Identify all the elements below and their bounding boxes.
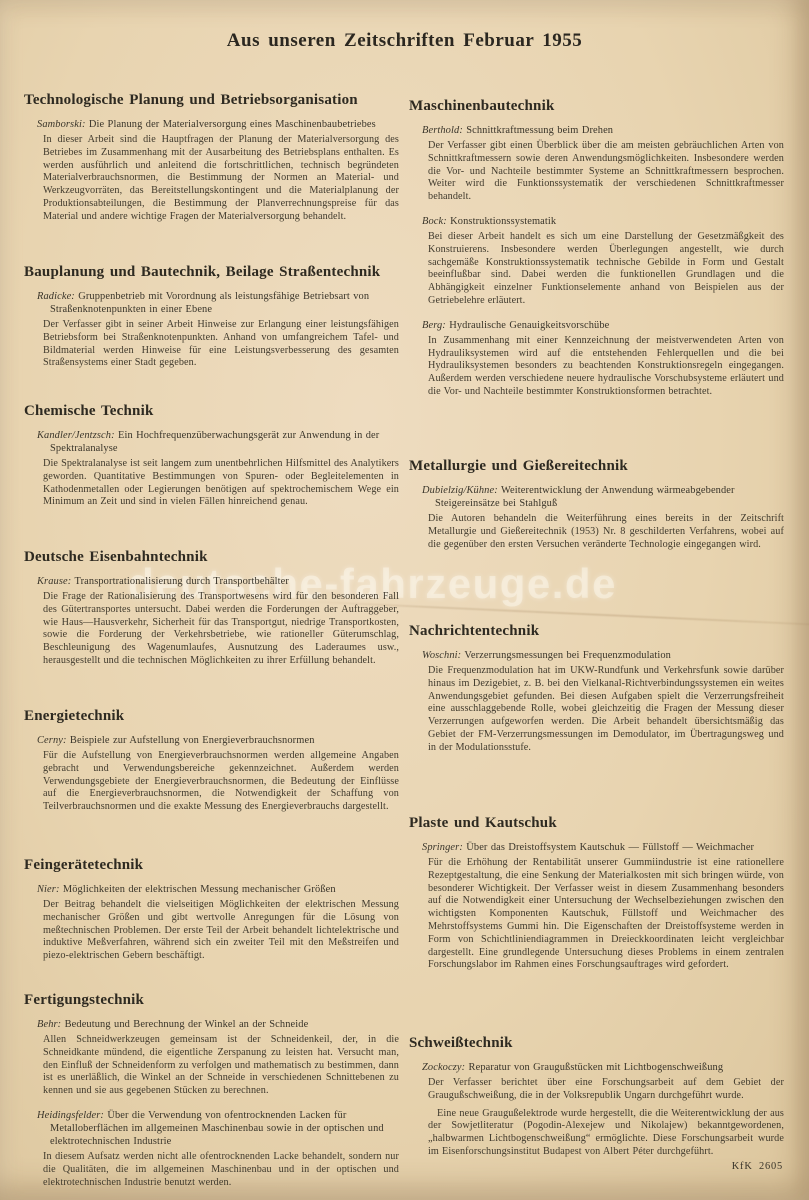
section: Deutsche EisenbahntechnikKrause: Transpo… [24, 549, 399, 668]
column-left: Technologische Planung und Betriebsorgan… [24, 0, 399, 1200]
entry-title: Konstruktionssystematik [450, 216, 556, 227]
entry-author: Dubielzig/Kühne: [422, 485, 498, 496]
entry-heading-line: Dubielzig/Kühne: Weiterentwicklung der A… [409, 484, 784, 510]
section: NachrichtentechnikWoschni: Verzerrungsme… [409, 623, 784, 755]
entry-heading-line: Berthold: Schnittkraftmessung beim Drehe… [409, 124, 784, 137]
entry-title: Möglichkeiten der elektrischen Messung m… [63, 884, 336, 895]
entry-paragraph: Die Frequenzmodulation hat im UKW-Rundfu… [428, 665, 784, 755]
entry-paragraph: Eine neue Graugußelektrode wurde hergest… [428, 1108, 784, 1159]
section: SchweißtechnikZockoczy: Reparatur von Gr… [409, 1035, 784, 1159]
section: Plaste und KautschukSpringer: Über das D… [409, 815, 784, 972]
entry-author: Cerny: [37, 735, 67, 746]
entry-title: Reparatur von Graugußstücken mit Lichtbo… [469, 1062, 724, 1073]
entry-author: Heidingsfelder: [37, 1110, 104, 1121]
section-heading: Metallurgie und Gießereitechnik [409, 458, 784, 475]
column-right: MaschinenbautechnikBerthold: Schnittkraf… [409, 0, 784, 1200]
entry-paragraph: Die Spektralanalyse ist seit langem zum … [43, 458, 399, 509]
entry-paragraph: Für die Erhöhung der Rentabilität unsere… [428, 857, 784, 972]
entry-heading-line: Nier: Möglichkeiten der elektrischen Mes… [24, 883, 399, 896]
entry-heading-line: Zockoczy: Reparatur von Graugußstücken m… [409, 1061, 784, 1074]
entry-author: Kandler/Jentzsch: [37, 430, 115, 441]
entry-title: Gruppenbetrieb mit Vorordnung als leistu… [50, 291, 369, 315]
section: Bauplanung und Bautechnik, Beilage Straß… [24, 264, 399, 370]
entry-paragraph: In diesem Aufsatz werden nicht alle ofen… [43, 1151, 399, 1189]
section: EnergietechnikCerny: Beispiele zur Aufst… [24, 708, 399, 814]
entry-heading-line: Bock: Konstruktionssystematik [409, 215, 784, 228]
section-heading: Fertigungstechnik [24, 992, 399, 1009]
entry-paragraph: Bei dieser Arbeit handelt es sich um ein… [428, 231, 784, 308]
section-heading: Nachrichtentechnik [409, 623, 784, 640]
entry-heading-line: Berg: Hydraulische Genauigkeitsvorschübe [409, 319, 784, 332]
section: MaschinenbautechnikBerthold: Schnittkraf… [409, 98, 784, 399]
entry-title: Hydraulische Genauigkeitsvorschübe [449, 320, 609, 331]
entry-title: Schnittkraftmessung beim Drehen [466, 125, 613, 136]
section-heading: Bauplanung und Bautechnik, Beilage Straß… [24, 264, 399, 281]
entry-paragraph: Der Verfasser gibt einen Überblick über … [428, 140, 784, 204]
entry-heading-line: Springer: Über das Dreistoffsystem Kauts… [409, 841, 784, 854]
entry-paragraph: Allen Schneidwerkzeugen gemeinsam ist de… [43, 1034, 399, 1098]
entry-author: Behr: [37, 1019, 61, 1030]
entry-heading-line: Kandler/Jentzsch: Ein Hochfrequenzüberwa… [24, 429, 399, 455]
entry-author: Springer: [422, 842, 463, 853]
entry-author: Bock: [422, 216, 447, 227]
entry-title: Transportrationalisierung durch Transpor… [74, 576, 288, 587]
section: Technologische Planung und Betriebsorgan… [24, 92, 399, 224]
entry-heading-line: Woschni: Verzerrungsmessungen bei Freque… [409, 649, 784, 662]
entry-paragraph: Die Autoren behandeln die Weiterführung … [428, 513, 784, 551]
entry-heading-line: Samborski: Die Planung der Materialverso… [24, 118, 399, 131]
entry-paragraph: Der Verfasser gibt in seiner Arbeit Hinw… [43, 319, 399, 370]
entry-heading-line: Behr: Bedeutung und Berechnung der Winke… [24, 1018, 399, 1031]
entry-author: Berthold: [422, 125, 463, 136]
entry-title: Die Planung der Materialversorgung eines… [89, 119, 376, 130]
entry-heading-line: Heidingsfelder: Über die Verwendung von … [24, 1109, 399, 1148]
section: Metallurgie und GießereitechnikDubielzig… [409, 458, 784, 551]
entry-author: Berg: [422, 320, 446, 331]
entry-heading-line: Krause: Transportrationalisierung durch … [24, 575, 399, 588]
section-heading: Energietechnik [24, 708, 399, 725]
section: Chemische TechnikKandler/Jentzsch: Ein H… [24, 403, 399, 509]
entry-author: Nier: [37, 884, 60, 895]
section-heading: Deutsche Eisenbahntechnik [24, 549, 399, 566]
section: FertigungstechnikBehr: Bedeutung und Ber… [24, 992, 399, 1189]
entry-heading-line: Radicke: Gruppenbetrieb mit Vorordnung a… [24, 290, 399, 316]
section-heading: Feingerätetechnik [24, 857, 399, 874]
entry-author: Krause: [37, 576, 71, 587]
entry-author: Woschni: [422, 650, 461, 661]
section: FeingerätetechnikNier: Möglichkeiten der… [24, 857, 399, 963]
entry-paragraph: Für die Aufstellung von Energieverbrauch… [43, 750, 399, 814]
scanned-journal-page: Aus unseren Zeitschriften Februar 1955 d… [0, 0, 809, 1200]
section-heading: Plaste und Kautschuk [409, 815, 784, 832]
entry-title: Beispiele zur Aufstellung von Energiever… [70, 735, 315, 746]
entry-heading-line: Cerny: Beispiele zur Aufstellung von Ene… [24, 734, 399, 747]
entry-author: Radicke: [37, 291, 75, 302]
entry-title: Bedeutung und Berechnung der Winkel an d… [65, 1019, 309, 1030]
entry-paragraph: In dieser Arbeit sind die Hauptfragen de… [43, 134, 399, 224]
entry-paragraph: Der Beitrag behandelt die vielseitigen M… [43, 899, 399, 963]
entry-title: Über das Dreistoffsystem Kautschuk — Fül… [466, 842, 754, 853]
section-heading: Chemische Technik [24, 403, 399, 420]
entry-paragraph: In Zusammenhang mit einer Kennzeichnung … [428, 335, 784, 399]
section-heading: Maschinenbautechnik [409, 98, 784, 115]
section-heading: Schweißtechnik [409, 1035, 784, 1052]
entry-author: Zockoczy: [422, 1062, 465, 1073]
entry-paragraph: Der Verfasser berichtet über eine Forsch… [428, 1077, 784, 1103]
entry-title: Verzerrungsmessungen bei Frequenzmodulat… [464, 650, 671, 661]
entry-author: Samborski: [37, 119, 86, 130]
kfk-reference-number: KfK 2605 [409, 1161, 783, 1172]
entry-paragraph: Die Frage der Rationalisierung des Trans… [43, 591, 399, 668]
section-heading: Technologische Planung und Betriebsorgan… [24, 92, 399, 109]
